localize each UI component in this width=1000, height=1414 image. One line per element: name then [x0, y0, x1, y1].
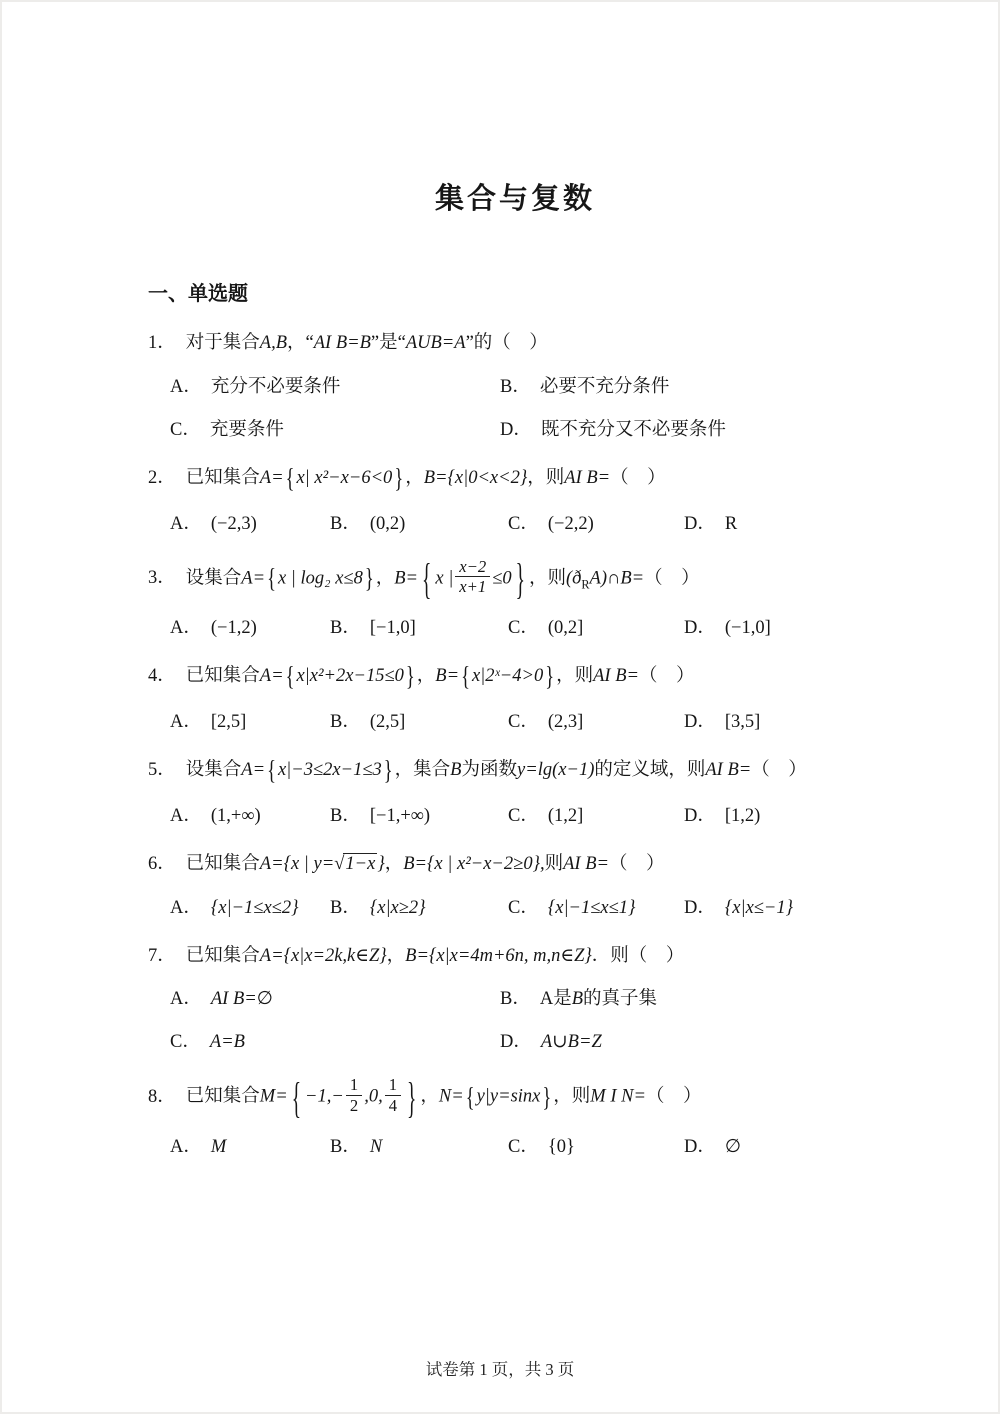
option-label: B． — [330, 618, 361, 638]
page-title: 集合与复数 — [148, 0, 882, 217]
question-number: 4． — [148, 666, 176, 686]
option-value: (2,5] — [370, 712, 405, 732]
option-d: D．A∪B=Z — [500, 1027, 882, 1053]
right-brace: } — [516, 548, 525, 614]
math-segment: ,0, — [364, 1087, 383, 1107]
text-segment: ”是“ — [371, 333, 406, 353]
option-value: {x|−1≤x≤1} — [548, 898, 636, 918]
question-number: 1． — [148, 333, 176, 353]
option-c: C．{x|−1≤x≤1} — [508, 893, 684, 919]
fraction: 12 — [346, 1075, 362, 1116]
right-brace: } — [542, 1079, 551, 1121]
left-brace: { — [267, 752, 276, 794]
page-footer: 试卷第 1 页，共 3 页 — [0, 1356, 1000, 1380]
right-brace: } — [384, 752, 393, 794]
options-grid: A．(1,+∞) B．[−1,+∞) C．(1,2] D．[1,2) — [170, 801, 882, 827]
text-segment: （ ） — [644, 568, 700, 588]
option-value: [3,5] — [725, 712, 760, 732]
text-segment: ， — [387, 946, 406, 966]
option-d: D．{x|x≤−1} — [684, 893, 882, 919]
question-3: 3．设集合A={x | log₂ x≤8}，B={x |x−2x+1≤0}，则(… — [148, 559, 882, 640]
option-value: {x|x≤−1} — [725, 898, 793, 918]
options-grid: A．[2,5] B．(2,5] C．(2,3] D．[3,5] — [170, 707, 882, 733]
left-brace: { — [267, 560, 276, 602]
option-value: 既不充分又不必要条件 — [541, 420, 726, 440]
option-d: D．(−1,0] — [684, 613, 882, 639]
option-value: 充要条件 — [210, 420, 284, 440]
math-segment: B= — [435, 666, 459, 686]
text-segment: （ ） — [646, 1087, 702, 1107]
text-segment: ， — [417, 666, 436, 686]
right-brace: } — [394, 460, 403, 502]
math-segment: x|x²+2x−15≤0 — [296, 666, 403, 686]
text-segment: ， — [376, 568, 395, 588]
option-label: A． — [170, 989, 202, 1009]
math-segment: AI B= — [593, 666, 639, 686]
option-c: C．A=B — [170, 1027, 500, 1053]
option-label: A． — [170, 898, 202, 918]
option-value: {x|−1≤x≤2} — [211, 898, 299, 918]
option-b: B．(0,2) — [330, 509, 508, 535]
math-segment: AI B= — [705, 760, 751, 780]
option-a: A．M — [170, 1132, 330, 1158]
text-segment: 为函数 — [461, 760, 517, 780]
option-a: A．[2,5] — [170, 707, 330, 733]
options-grid: A．充分不必要条件 B．必要不充分条件 C．充要条件 D．既不充分又不必要条件 — [170, 372, 882, 441]
text-segment: ，则 — [527, 468, 564, 488]
question-6: 6．已知集合A={x | y=√1−x}，B={x | x²−x−2≥0},则A… — [148, 851, 882, 919]
text-segment: ，集合 — [395, 760, 451, 780]
option-value: {x|x≥2} — [370, 898, 426, 918]
text-segment: 已知集合 — [186, 666, 260, 686]
option-d: D．∅ — [684, 1132, 882, 1158]
option-value: A=B — [210, 1032, 245, 1052]
option-label: D． — [500, 1032, 532, 1052]
numerator: 1 — [385, 1075, 401, 1096]
option-label: B． — [330, 898, 361, 918]
option-c: C．(0,2] — [508, 613, 684, 639]
text-segment: 已知集合 — [186, 946, 260, 966]
question-7: 7．已知集合A={x|x=2k,k∈Z}，B={x|x=4m+6n, m,n∈Z… — [148, 943, 882, 1054]
math-segment: B — [450, 760, 461, 780]
text-segment: ”的（ ） — [466, 333, 548, 353]
math-segment: AI B=B — [314, 333, 371, 353]
option-c: C．充要条件 — [170, 415, 500, 441]
option-a: A．(−2,3) — [170, 509, 330, 535]
stem: 4．已知集合A={x|x²+2x−15≤0}，B={x|2ˣ−4>0}，则AI … — [148, 663, 882, 693]
math-segment: A={x|x=2k,k∈Z} — [260, 946, 387, 966]
question-number: 8． — [148, 1087, 176, 1107]
fraction: x−2x+1 — [455, 557, 490, 598]
option-c: C．{0} — [508, 1132, 684, 1158]
math-segment: B={x | x²−x−2≥0}, — [403, 854, 544, 874]
option-value: [2,5] — [211, 712, 246, 732]
right-brace: } — [365, 560, 374, 602]
text-segment: （ ） — [610, 468, 666, 488]
option-b: B．[−1,0] — [330, 613, 508, 639]
option-label: D． — [684, 712, 716, 732]
math-segment: N= — [439, 1087, 464, 1107]
option-value: R — [725, 514, 737, 534]
option-value: (1,+∞) — [211, 806, 261, 826]
text-segment: ，“ — [287, 333, 314, 353]
math-segment: M I N= — [590, 1087, 646, 1107]
option-value: (−1,2) — [211, 618, 257, 638]
option-label: A． — [170, 618, 202, 638]
option-label: B． — [330, 712, 361, 732]
option-d: D．[3,5] — [684, 707, 882, 733]
denominator: 4 — [385, 1096, 401, 1116]
text-segment: ， — [420, 1087, 439, 1107]
right-brace: } — [406, 659, 415, 701]
option-c: C．(1,2] — [508, 801, 684, 827]
option-label: A． — [170, 712, 202, 732]
denominator: 2 — [346, 1096, 362, 1116]
option-value: (−2,2) — [548, 514, 594, 534]
option-value: 必要不充分条件 — [540, 377, 670, 397]
option-label: C． — [508, 806, 539, 826]
math-segment: (ð — [566, 568, 581, 588]
right-brace: } — [407, 1067, 416, 1133]
radicand: 1−x — [343, 853, 377, 874]
option-a: A．充分不必要条件 — [170, 372, 500, 398]
question-number: 7． — [148, 946, 176, 966]
option-value: (−1,0] — [725, 618, 771, 638]
text-segment: ，则 — [556, 666, 593, 686]
question-5: 5．设集合A={x|−3≤2x−1≤3}，集合B为函数y=lg(x−1)的定义域… — [148, 757, 882, 827]
text-segment: （ ） — [639, 666, 695, 686]
option-value: (2,3] — [548, 712, 583, 732]
stem: 2．已知集合A={x| x²−x−6<0}，B={x|0<x<2}，则AI B=… — [148, 465, 882, 495]
math-segment: x|−3≤2x−1≤3 — [278, 760, 382, 780]
option-value: (0,2) — [370, 514, 405, 534]
option-d: D．既不充分又不必要条件 — [500, 415, 882, 441]
option-b: B．必要不充分条件 — [500, 372, 882, 398]
math-segment: A={x | y= — [260, 854, 334, 874]
option-label: A． — [170, 377, 202, 397]
text-segment: ， — [405, 468, 424, 488]
denominator: x+1 — [455, 577, 490, 597]
math-segment: x|2ˣ−4>0 — [472, 666, 543, 686]
option-value: M — [211, 1137, 226, 1157]
numerator: x−2 — [455, 557, 490, 578]
math-segment: −1,− — [305, 1087, 344, 1107]
option-value: ∅ — [725, 1137, 741, 1157]
math-segment: y=lg(x−1) — [517, 760, 594, 780]
math-segment: M= — [260, 1087, 288, 1107]
option-value: [−1,0] — [370, 618, 416, 638]
math-segment: AI B= — [563, 854, 609, 874]
text-segment: 设集合 — [186, 760, 242, 780]
numerator: 1 — [346, 1075, 362, 1096]
text-segment: （ ） — [609, 854, 665, 874]
option-label: C． — [508, 514, 539, 534]
question-number: 6． — [148, 854, 176, 874]
option-value-part: 的真子集 — [583, 989, 657, 1009]
text-segment: ，则 — [529, 568, 566, 588]
option-label: B． — [500, 989, 531, 1009]
text-segment: 的定义域，则 — [594, 760, 705, 780]
left-brace: { — [466, 1079, 475, 1121]
text-segment: 设集合 — [186, 568, 242, 588]
math-segment: x| x²−x−6<0 — [296, 468, 392, 488]
option-value: (1,2] — [548, 806, 583, 826]
left-brace: { — [422, 548, 431, 614]
option-value: [1,2) — [725, 806, 760, 826]
option-value: N — [370, 1137, 382, 1157]
section-heading: 一、单选题 — [148, 277, 882, 306]
option-label: A． — [170, 806, 202, 826]
math-segment: A= — [260, 666, 284, 686]
stem: 3．设集合A={x | log₂ x≤8}，B={x |x−2x+1≤0}，则(… — [148, 559, 882, 600]
question-8: 8．已知集合M={−1,−12,0,14}，N={y|y=sinx}，则M I … — [148, 1077, 882, 1158]
option-value: (−2,3) — [211, 514, 257, 534]
option-label: C． — [170, 420, 201, 440]
option-b: B．{x|x≥2} — [330, 893, 508, 919]
option-label: D． — [684, 806, 716, 826]
math-segment: A)∩B= — [590, 568, 645, 588]
option-a: A．(−1,2) — [170, 613, 330, 639]
options-grid: A．{x|−1≤x≤2} B．{x|x≥2} C．{x|−1≤x≤1} D．{x… — [170, 893, 882, 919]
math-segment: AUB=A — [406, 333, 466, 353]
question-number: 2． — [148, 468, 176, 488]
option-label: B． — [330, 1137, 361, 1157]
option-label: B． — [500, 377, 531, 397]
text-segment: 已知集合 — [186, 854, 260, 874]
left-brace: { — [286, 659, 295, 701]
math-segment: A= — [241, 568, 265, 588]
text-segment: ， — [385, 854, 404, 874]
text-segment: ．则（ ） — [592, 946, 685, 966]
option-value: AI B=∅ — [211, 989, 273, 1009]
math-segment: } — [377, 854, 384, 874]
option-label: D． — [684, 618, 716, 638]
exam-page: 集合与复数 一、单选题 1．对于集合A,B，“AI B=B”是“AUB=A”的（… — [0, 0, 1000, 1158]
option-label: D． — [500, 420, 532, 440]
math-segment: B= — [394, 568, 418, 588]
text-segment: （ ） — [751, 760, 807, 780]
math-segment: B={x|0<x<2} — [424, 468, 528, 488]
math-segment: B={x|x=4m+6n, m,n∈Z} — [405, 946, 592, 966]
option-a: A．AI B=∅ — [170, 984, 500, 1010]
option-b: B．(2,5] — [330, 707, 508, 733]
option-a: A．(1,+∞) — [170, 801, 330, 827]
option-value: A∪B=Z — [541, 1032, 602, 1052]
option-label: C． — [508, 712, 539, 732]
option-label: D． — [684, 1137, 716, 1157]
options-grid: A．M B．N C．{0} D．∅ — [170, 1132, 882, 1158]
math-segment: y|y=sinx — [477, 1087, 541, 1107]
right-brace: } — [545, 659, 554, 701]
option-value: 充分不必要条件 — [211, 377, 341, 397]
math-segment: A= — [260, 468, 284, 488]
left-brace: { — [461, 659, 470, 701]
option-a: A．{x|−1≤x≤2} — [170, 893, 330, 919]
option-b: B．N — [330, 1132, 508, 1158]
text-segment: 对于集合 — [186, 333, 260, 353]
option-label: C． — [508, 1137, 539, 1157]
stem: 7．已知集合A={x|x=2k,k∈Z}，B={x|x=4m+6n, m,n∈Z… — [148, 943, 882, 971]
question-2: 2．已知集合A={x| x²−x−6<0}，B={x|0<x<2}，则AI B=… — [148, 465, 882, 535]
question-number: 3． — [148, 568, 176, 588]
stem: 8．已知集合M={−1,−12,0,14}，N={y|y=sinx}，则M I … — [148, 1077, 882, 1118]
option-value-part: B — [572, 989, 583, 1009]
option-b: B．A是B的真子集 — [500, 984, 882, 1010]
option-value: {0} — [548, 1137, 575, 1157]
text-segment: 已知集合 — [186, 1087, 260, 1107]
option-value: (0,2] — [548, 618, 583, 638]
option-label: D． — [684, 898, 716, 918]
question-4: 4．已知集合A={x|x²+2x−15≤0}，B={x|2ˣ−4>0}，则AI … — [148, 663, 882, 733]
left-brace: { — [286, 460, 295, 502]
option-label: B． — [330, 514, 361, 534]
option-value-part: A — [540, 989, 553, 1009]
option-value-part: 是 — [553, 989, 572, 1009]
fraction: 14 — [385, 1075, 401, 1116]
math-segment: x | — [435, 568, 453, 588]
option-label: A． — [170, 1137, 202, 1157]
option-label: C． — [508, 618, 539, 638]
question-number: 5． — [148, 760, 176, 780]
math-segment: x | log₂ x≤8 — [278, 568, 363, 588]
page-number: 试卷第 1 页，共 3 页 — [426, 1360, 575, 1379]
option-label: C． — [508, 898, 539, 918]
option-value: [−1,+∞) — [370, 806, 430, 826]
option-label: D． — [684, 514, 716, 534]
option-label: C． — [170, 1032, 201, 1052]
stem: 6．已知集合A={x | y=√1−x}，B={x | x²−x−2≥0},则A… — [148, 851, 882, 879]
text-segment: 已知集合 — [186, 468, 260, 488]
option-label: A． — [170, 514, 202, 534]
option-d: D．R — [684, 509, 882, 535]
math-segment: A,B — [260, 333, 287, 353]
question-1: 1．对于集合A,B，“AI B=B”是“AUB=A”的（ ） A．充分不必要条件… — [148, 330, 882, 441]
stem: 1．对于集合A,B，“AI B=B”是“AUB=A”的（ ） — [148, 330, 882, 358]
option-label: B． — [330, 806, 361, 826]
text-segment: 则 — [545, 854, 564, 874]
options-grid: A．(−2,3) B．(0,2) C．(−2,2) D．R — [170, 509, 882, 535]
options-grid: A．AI B=∅ B．A是B的真子集 C．A=B D．A∪B=Z — [170, 984, 882, 1053]
option-d: D．[1,2) — [684, 801, 882, 827]
option-c: C．(−2,2) — [508, 509, 684, 535]
options-grid: A．(−1,2) B．[−1,0] C．(0,2] D．(−1,0] — [170, 613, 882, 639]
option-c: C．(2,3] — [508, 707, 684, 733]
subscript: R — [581, 577, 589, 591]
math-segment: AI B= — [564, 468, 610, 488]
left-brace: { — [292, 1067, 301, 1133]
text-segment: ，则 — [553, 1087, 590, 1107]
math-segment: A= — [241, 760, 265, 780]
stem: 5．设集合A={x|−3≤2x−1≤3}，集合B为函数y=lg(x−1)的定义域… — [148, 757, 882, 787]
option-b: B．[−1,+∞) — [330, 801, 508, 827]
math-segment: ≤0 — [492, 568, 511, 588]
